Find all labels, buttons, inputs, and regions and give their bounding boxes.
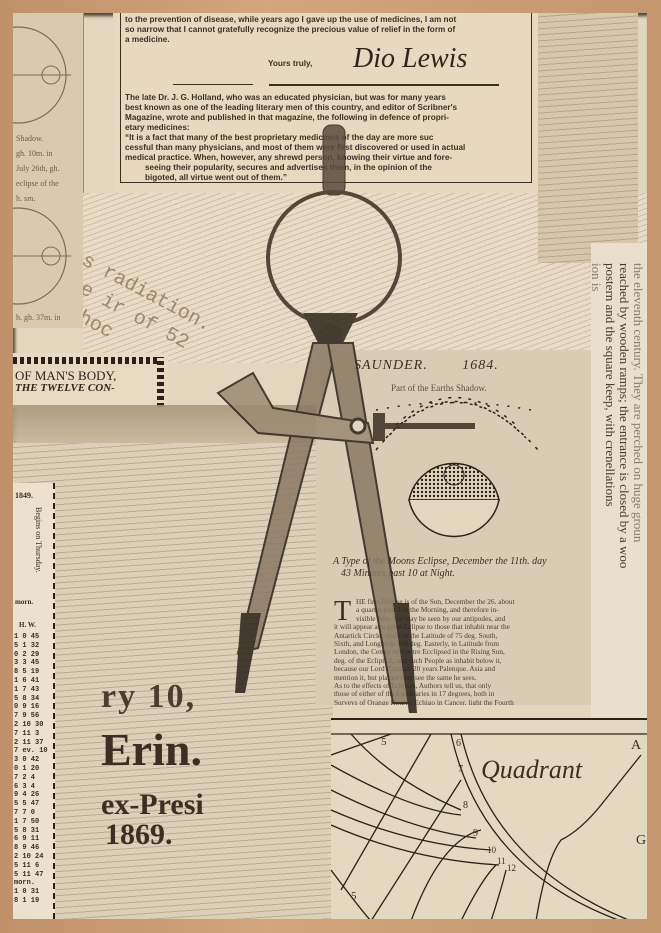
wood-frame: Shadow. gh. 10m. in July 26th, gh. eclip… <box>0 0 661 933</box>
art-canvas: Shadow. gh. 10m. in July 26th, gh. eclip… <box>13 13 647 919</box>
drafting-compass-icon <box>13 13 647 919</box>
